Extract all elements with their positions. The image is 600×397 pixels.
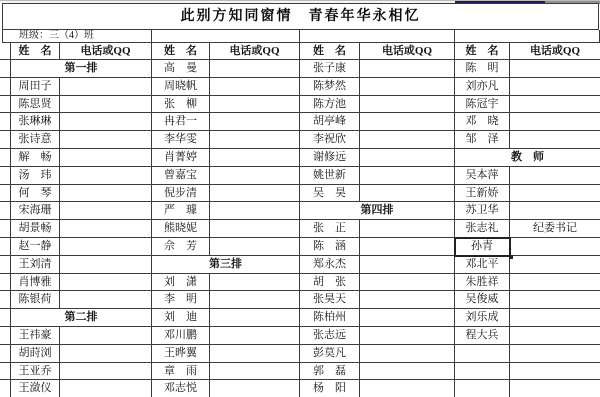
contact-cell[interactable] bbox=[60, 256, 152, 274]
stub-cell[interactable] bbox=[0, 185, 10, 203]
name-cell[interactable]: 刘 潇 bbox=[152, 274, 210, 292]
contact-cell[interactable] bbox=[210, 78, 300, 96]
stub-cell[interactable] bbox=[0, 43, 10, 60]
contact-cell[interactable] bbox=[210, 309, 300, 327]
contact-cell[interactable] bbox=[60, 345, 152, 363]
contact-cell[interactable] bbox=[210, 167, 300, 185]
name-cell[interactable]: 吴本萍 bbox=[455, 167, 510, 185]
stub-cell[interactable] bbox=[0, 220, 10, 238]
contact-cell[interactable] bbox=[210, 149, 300, 167]
stub-cell[interactable] bbox=[0, 149, 10, 167]
header-name-cell[interactable]: 姓 名 bbox=[300, 43, 360, 60]
contact-cell[interactable] bbox=[60, 220, 152, 238]
contact-cell[interactable] bbox=[360, 167, 455, 185]
name-cell[interactable]: 张子康 bbox=[300, 60, 360, 78]
stub-cell[interactable] bbox=[0, 78, 10, 96]
name-cell[interactable]: 胡莳浏 bbox=[10, 345, 60, 363]
fill-handle[interactable] bbox=[509, 255, 513, 259]
name-cell[interactable]: 张昊天 bbox=[300, 291, 360, 309]
contact-cell[interactable] bbox=[510, 185, 600, 203]
contact-cell[interactable] bbox=[360, 345, 455, 363]
contact-cell[interactable] bbox=[210, 238, 300, 256]
contact-cell[interactable] bbox=[360, 149, 455, 167]
subtitle-empty-cell[interactable] bbox=[455, 30, 600, 43]
name-cell[interactable]: 谢修远 bbox=[300, 149, 360, 167]
row-group-label-cell[interactable]: 第一排 bbox=[10, 60, 152, 78]
name-cell[interactable]: 李华雯 bbox=[152, 131, 210, 149]
contact-cell[interactable] bbox=[210, 113, 300, 131]
stub-cell[interactable] bbox=[0, 256, 10, 274]
name-cell[interactable]: 陈冠宇 bbox=[455, 96, 510, 114]
name-cell[interactable]: 王亚乔 bbox=[10, 363, 60, 381]
contact-cell[interactable] bbox=[60, 327, 152, 345]
contact-cell[interactable] bbox=[510, 256, 600, 274]
row-group-label-cell[interactable]: 第四排 bbox=[300, 202, 455, 220]
name-cell[interactable]: 吴俊威 bbox=[455, 291, 510, 309]
name-cell[interactable]: 王刘清 bbox=[10, 256, 60, 274]
contact-cell[interactable] bbox=[510, 309, 600, 327]
name-cell[interactable]: 陈思贤 bbox=[10, 96, 60, 114]
name-cell[interactable]: 郭 磊 bbox=[300, 363, 360, 381]
contact-cell[interactable] bbox=[360, 238, 455, 256]
name-cell[interactable]: 王晔翼 bbox=[152, 345, 210, 363]
stub-cell[interactable] bbox=[0, 167, 10, 185]
name-cell[interactable]: 冉君一 bbox=[152, 113, 210, 131]
name-cell[interactable]: 邹 泽 bbox=[455, 131, 510, 149]
contact-cell[interactable] bbox=[360, 380, 455, 397]
name-cell[interactable]: 彭莫凡 bbox=[300, 345, 360, 363]
selection-border bbox=[454, 237, 511, 257]
contact-cell[interactable] bbox=[60, 291, 152, 309]
contact-cell[interactable] bbox=[60, 96, 152, 114]
name-cell[interactable]: 陈 涵 bbox=[300, 238, 360, 256]
name-cell[interactable]: 胡亭峰 bbox=[300, 113, 360, 131]
row-group-label-cell[interactable]: 第三排 bbox=[152, 256, 300, 274]
name-cell[interactable]: 张志远 bbox=[300, 327, 360, 345]
contact-cell[interactable] bbox=[210, 274, 300, 292]
name-cell[interactable]: 张 正 bbox=[300, 220, 360, 238]
header-contact-cell[interactable]: 电话或QQ bbox=[60, 43, 152, 60]
contact-cell[interactable] bbox=[210, 380, 300, 397]
contact-cell[interactable] bbox=[360, 131, 455, 149]
contact-cell[interactable] bbox=[510, 202, 600, 220]
name-cell[interactable]: 倪步清 bbox=[152, 185, 210, 203]
name-cell[interactable]: 肖菁婷 bbox=[152, 149, 210, 167]
contact-cell[interactable] bbox=[60, 149, 152, 167]
contact-cell[interactable] bbox=[60, 185, 152, 203]
subtitle-empty-cell[interactable] bbox=[300, 30, 455, 43]
name-cell[interactable]: 程大兵 bbox=[455, 327, 510, 345]
name-cell[interactable]: 肖博雅 bbox=[10, 274, 60, 292]
header-contact-cell[interactable]: 电话或QQ bbox=[360, 43, 455, 60]
name-cell[interactable]: 邓川鹏 bbox=[152, 327, 210, 345]
name-cell[interactable] bbox=[455, 345, 510, 363]
contact-cell[interactable]: 纪委书记 bbox=[510, 220, 600, 238]
contact-cell[interactable] bbox=[210, 131, 300, 149]
name-cell[interactable]: 张志礼 bbox=[455, 220, 510, 238]
subtitle-empty-cell[interactable] bbox=[152, 30, 300, 43]
stub-cell[interactable] bbox=[0, 113, 10, 131]
name-cell[interactable]: 刘 迪 bbox=[152, 309, 210, 327]
stub-cell[interactable] bbox=[0, 327, 10, 345]
contact-cell[interactable] bbox=[210, 185, 300, 203]
name-cell[interactable]: 胡 张 bbox=[300, 274, 360, 292]
contact-cell[interactable] bbox=[510, 96, 600, 114]
stub-cell[interactable] bbox=[0, 309, 10, 327]
name-cell[interactable]: 高 曼 bbox=[152, 60, 210, 78]
contact-cell[interactable] bbox=[510, 238, 600, 256]
contact-cell[interactable] bbox=[360, 274, 455, 292]
name-cell[interactable]: 刘亦凡 bbox=[455, 78, 510, 96]
contact-cell[interactable] bbox=[60, 238, 152, 256]
name-cell[interactable] bbox=[455, 380, 510, 397]
name-cell[interactable]: 陈梦然 bbox=[300, 78, 360, 96]
contact-cell[interactable] bbox=[510, 113, 600, 131]
contact-cell[interactable] bbox=[360, 363, 455, 381]
contact-cell[interactable] bbox=[360, 78, 455, 96]
header-contact-cell[interactable]: 电话或QQ bbox=[510, 43, 600, 60]
stub-cell[interactable] bbox=[0, 380, 10, 397]
contact-cell[interactable] bbox=[210, 291, 300, 309]
contact-cell[interactable] bbox=[360, 60, 455, 78]
name-cell[interactable]: 宋海珊 bbox=[10, 202, 60, 220]
contact-cell[interactable] bbox=[60, 380, 152, 397]
name-cell[interactable]: 邓志悦 bbox=[152, 380, 210, 397]
name-cell[interactable]: 赵一静 bbox=[10, 238, 60, 256]
header-contact-cell[interactable]: 电话或QQ bbox=[210, 43, 300, 60]
row-group-label-cell[interactable]: 教 师 bbox=[455, 149, 600, 167]
contact-cell[interactable] bbox=[510, 167, 600, 185]
contact-cell[interactable] bbox=[510, 363, 600, 381]
name-cell[interactable]: 王祎豪 bbox=[10, 327, 60, 345]
name-cell[interactable]: 章 雨 bbox=[152, 363, 210, 381]
contact-cell[interactable] bbox=[60, 113, 152, 131]
contact-cell[interactable] bbox=[360, 256, 455, 274]
contact-cell[interactable] bbox=[360, 185, 455, 203]
stub-cell[interactable] bbox=[0, 60, 10, 78]
contact-cell[interactable] bbox=[210, 96, 300, 114]
name-cell[interactable]: 刘乐成 bbox=[455, 309, 510, 327]
contact-cell[interactable] bbox=[210, 363, 300, 381]
contact-cell[interactable] bbox=[210, 220, 300, 238]
row-group-label-cell[interactable]: 第二排 bbox=[10, 309, 152, 327]
contact-cell[interactable] bbox=[510, 291, 600, 309]
name-cell[interactable]: 何 琴 bbox=[10, 185, 60, 203]
contact-cell[interactable] bbox=[510, 78, 600, 96]
name-cell[interactable]: 张 柳 bbox=[152, 96, 210, 114]
name-cell[interactable]: 李祝欣 bbox=[300, 131, 360, 149]
name-cell[interactable]: 陈 明 bbox=[455, 60, 510, 78]
contact-cell[interactable] bbox=[360, 327, 455, 345]
name-cell[interactable]: 王新娇 bbox=[455, 185, 510, 203]
name-cell[interactable]: 吴 昊 bbox=[300, 185, 360, 203]
contact-cell[interactable] bbox=[60, 78, 152, 96]
name-cell[interactable]: 曾嘉宝 bbox=[152, 167, 210, 185]
class-label-cell[interactable]: 班级：三（4）班 bbox=[2, 30, 152, 43]
name-cell[interactable]: 佘 芳 bbox=[152, 238, 210, 256]
name-cell[interactable]: 严 璩 bbox=[152, 202, 210, 220]
name-cell[interactable]: 张琳琳 bbox=[10, 113, 60, 131]
sheet-title-cell[interactable]: 此别方知同窗情 青春年华永相忆 bbox=[2, 3, 599, 30]
stub-cell[interactable] bbox=[0, 291, 10, 309]
stub-cell[interactable] bbox=[0, 363, 10, 381]
name-cell[interactable]: 汤 玮 bbox=[10, 167, 60, 185]
name-cell[interactable]: 陈银荷 bbox=[10, 291, 60, 309]
name-cell[interactable]: 李 明 bbox=[152, 291, 210, 309]
name-cell[interactable]: 陈柏州 bbox=[300, 309, 360, 327]
header-name-cell[interactable]: 姓 名 bbox=[455, 43, 510, 60]
header-name-cell[interactable]: 姓 名 bbox=[10, 43, 60, 60]
contact-cell[interactable] bbox=[360, 291, 455, 309]
contact-cell[interactable] bbox=[60, 363, 152, 381]
stub-cell[interactable] bbox=[0, 345, 10, 363]
contact-cell[interactable] bbox=[210, 327, 300, 345]
contact-cell[interactable] bbox=[510, 380, 600, 397]
stub-cell[interactable] bbox=[0, 238, 10, 256]
name-cell[interactable]: 郑永杰 bbox=[300, 256, 360, 274]
name-cell[interactable]: 姚世新 bbox=[300, 167, 360, 185]
contact-cell[interactable] bbox=[60, 131, 152, 149]
name-cell[interactable] bbox=[455, 363, 510, 381]
contact-cell[interactable] bbox=[210, 202, 300, 220]
name-cell[interactable]: 熊晓妮 bbox=[152, 220, 210, 238]
contact-cell[interactable] bbox=[210, 345, 300, 363]
stub-cell[interactable] bbox=[0, 131, 10, 149]
contact-cell[interactable] bbox=[60, 274, 152, 292]
name-cell[interactable]: 苏卫华 bbox=[455, 202, 510, 220]
name-cell[interactable]: 张诗意 bbox=[10, 131, 60, 149]
name-cell[interactable]: 王潋仪 bbox=[10, 380, 60, 397]
name-cell[interactable]: 周晓帆 bbox=[152, 78, 210, 96]
spreadsheet: 此别方知同窗情 青春年华永相忆 班级：三（4）班 姓 名电话或QQ第一排周田子陈… bbox=[0, 0, 600, 397]
contact-cell[interactable] bbox=[60, 167, 152, 185]
header-name-cell[interactable]: 姓 名 bbox=[152, 43, 210, 60]
name-cell[interactable]: 胡景畅 bbox=[10, 220, 60, 238]
contact-cell[interactable] bbox=[510, 131, 600, 149]
contact-cell[interactable] bbox=[510, 345, 600, 363]
contact-cell[interactable] bbox=[510, 327, 600, 345]
name-cell[interactable]: 杨 阳 bbox=[300, 380, 360, 397]
contact-cell[interactable] bbox=[360, 96, 455, 114]
stub-cell[interactable] bbox=[0, 96, 10, 114]
stub-cell[interactable] bbox=[0, 202, 10, 220]
contact-cell[interactable] bbox=[60, 202, 152, 220]
name-cell[interactable]: 朱胜祥 bbox=[455, 274, 510, 292]
stub-cell[interactable] bbox=[0, 274, 10, 292]
name-cell[interactable]: 邓北平 bbox=[455, 256, 510, 274]
name-cell[interactable]: 解 畅 bbox=[10, 149, 60, 167]
name-cell[interactable]: 陈方池 bbox=[300, 96, 360, 114]
contact-cell[interactable] bbox=[210, 60, 300, 78]
contact-cell[interactable] bbox=[510, 60, 600, 78]
contact-cell[interactable] bbox=[360, 113, 455, 131]
name-cell[interactable]: 周田子 bbox=[10, 78, 60, 96]
contact-cell[interactable] bbox=[510, 274, 600, 292]
contact-cell[interactable] bbox=[360, 309, 455, 327]
contact-cell[interactable] bbox=[360, 220, 455, 238]
name-cell[interactable]: 邓 晓 bbox=[455, 113, 510, 131]
